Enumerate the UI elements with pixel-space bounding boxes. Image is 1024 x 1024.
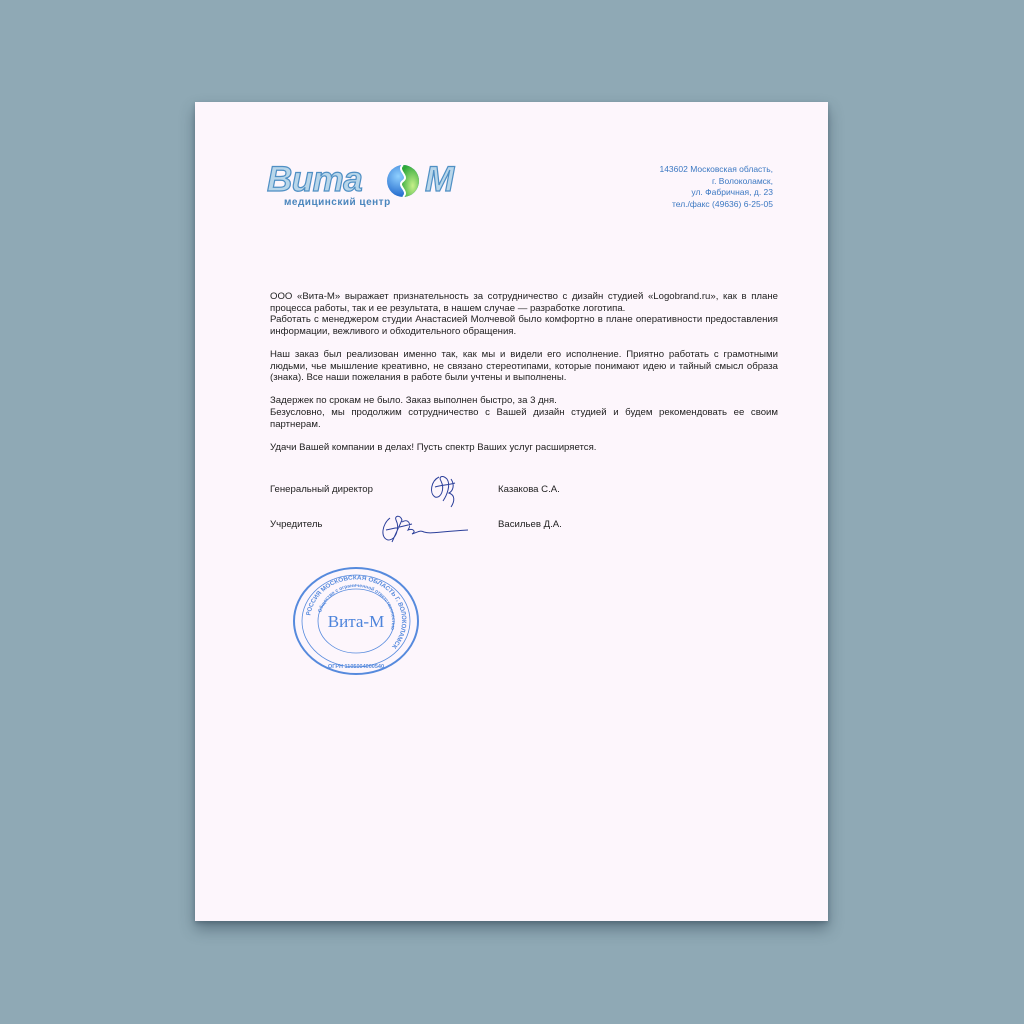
signatory-name: Васильев Д.А. bbox=[498, 519, 562, 530]
address-line: ул. Фабричная, д. 23 bbox=[659, 187, 773, 199]
logo-subtitle: медицинский центр bbox=[284, 197, 391, 208]
paragraph: Наш заказ был реализован именно так, как… bbox=[270, 349, 778, 384]
svg-text:ОГРН 1105004000540: ОГРН 1105004000540 bbox=[328, 664, 384, 670]
svg-text:Вита-М: Вита-М bbox=[328, 612, 384, 631]
paragraph: Удачи Вашей компании в делах! Пусть спек… bbox=[270, 442, 778, 454]
paragraph: Задержек по срокам не было. Заказ выполн… bbox=[270, 395, 778, 407]
signatory-title: Учредитель bbox=[270, 519, 322, 530]
address-line: тел./факс (49636) 6-25-05 bbox=[659, 199, 773, 211]
signatory-name: Казакова С.А. bbox=[498, 484, 560, 495]
letter-page: Вита М медицинский центр 143602 Московск… bbox=[195, 102, 828, 921]
paragraph: Безусловно, мы продолжим сотрудничество … bbox=[270, 407, 778, 430]
logo-wordmark: Вита bbox=[267, 160, 362, 200]
address-line: г. Волоколамск, bbox=[659, 176, 773, 188]
paragraph: ООО «Вита-М» выражает признательность за… bbox=[270, 291, 778, 314]
signature-row-director: Генеральный директор Казакова С.А. bbox=[195, 484, 828, 504]
address-line: 143602 Московская область, bbox=[659, 164, 773, 176]
letter-body: ООО «Вита-М» выражает признательность за… bbox=[270, 291, 778, 453]
logo-letter: М bbox=[425, 160, 454, 200]
company-stamp-icon: РОССИЯ МОСКОВСКАЯ ОБЛАСТЬ Г. ВОЛОКОЛАМСК… bbox=[290, 565, 422, 677]
company-logo: Вита М медицинский центр bbox=[267, 160, 457, 210]
paragraph: Работать с менеджером студии Анастасией … bbox=[270, 314, 778, 337]
signature-founder-icon bbox=[378, 510, 473, 546]
signatory-title: Генеральный директор bbox=[270, 484, 373, 495]
logo-emblem-icon bbox=[386, 164, 420, 198]
signature-row-founder: Учредитель Васильев Д.А. bbox=[195, 519, 828, 539]
signature-director-icon bbox=[425, 471, 465, 511]
company-address: 143602 Московская область, г. Волоколамс… bbox=[659, 164, 773, 210]
